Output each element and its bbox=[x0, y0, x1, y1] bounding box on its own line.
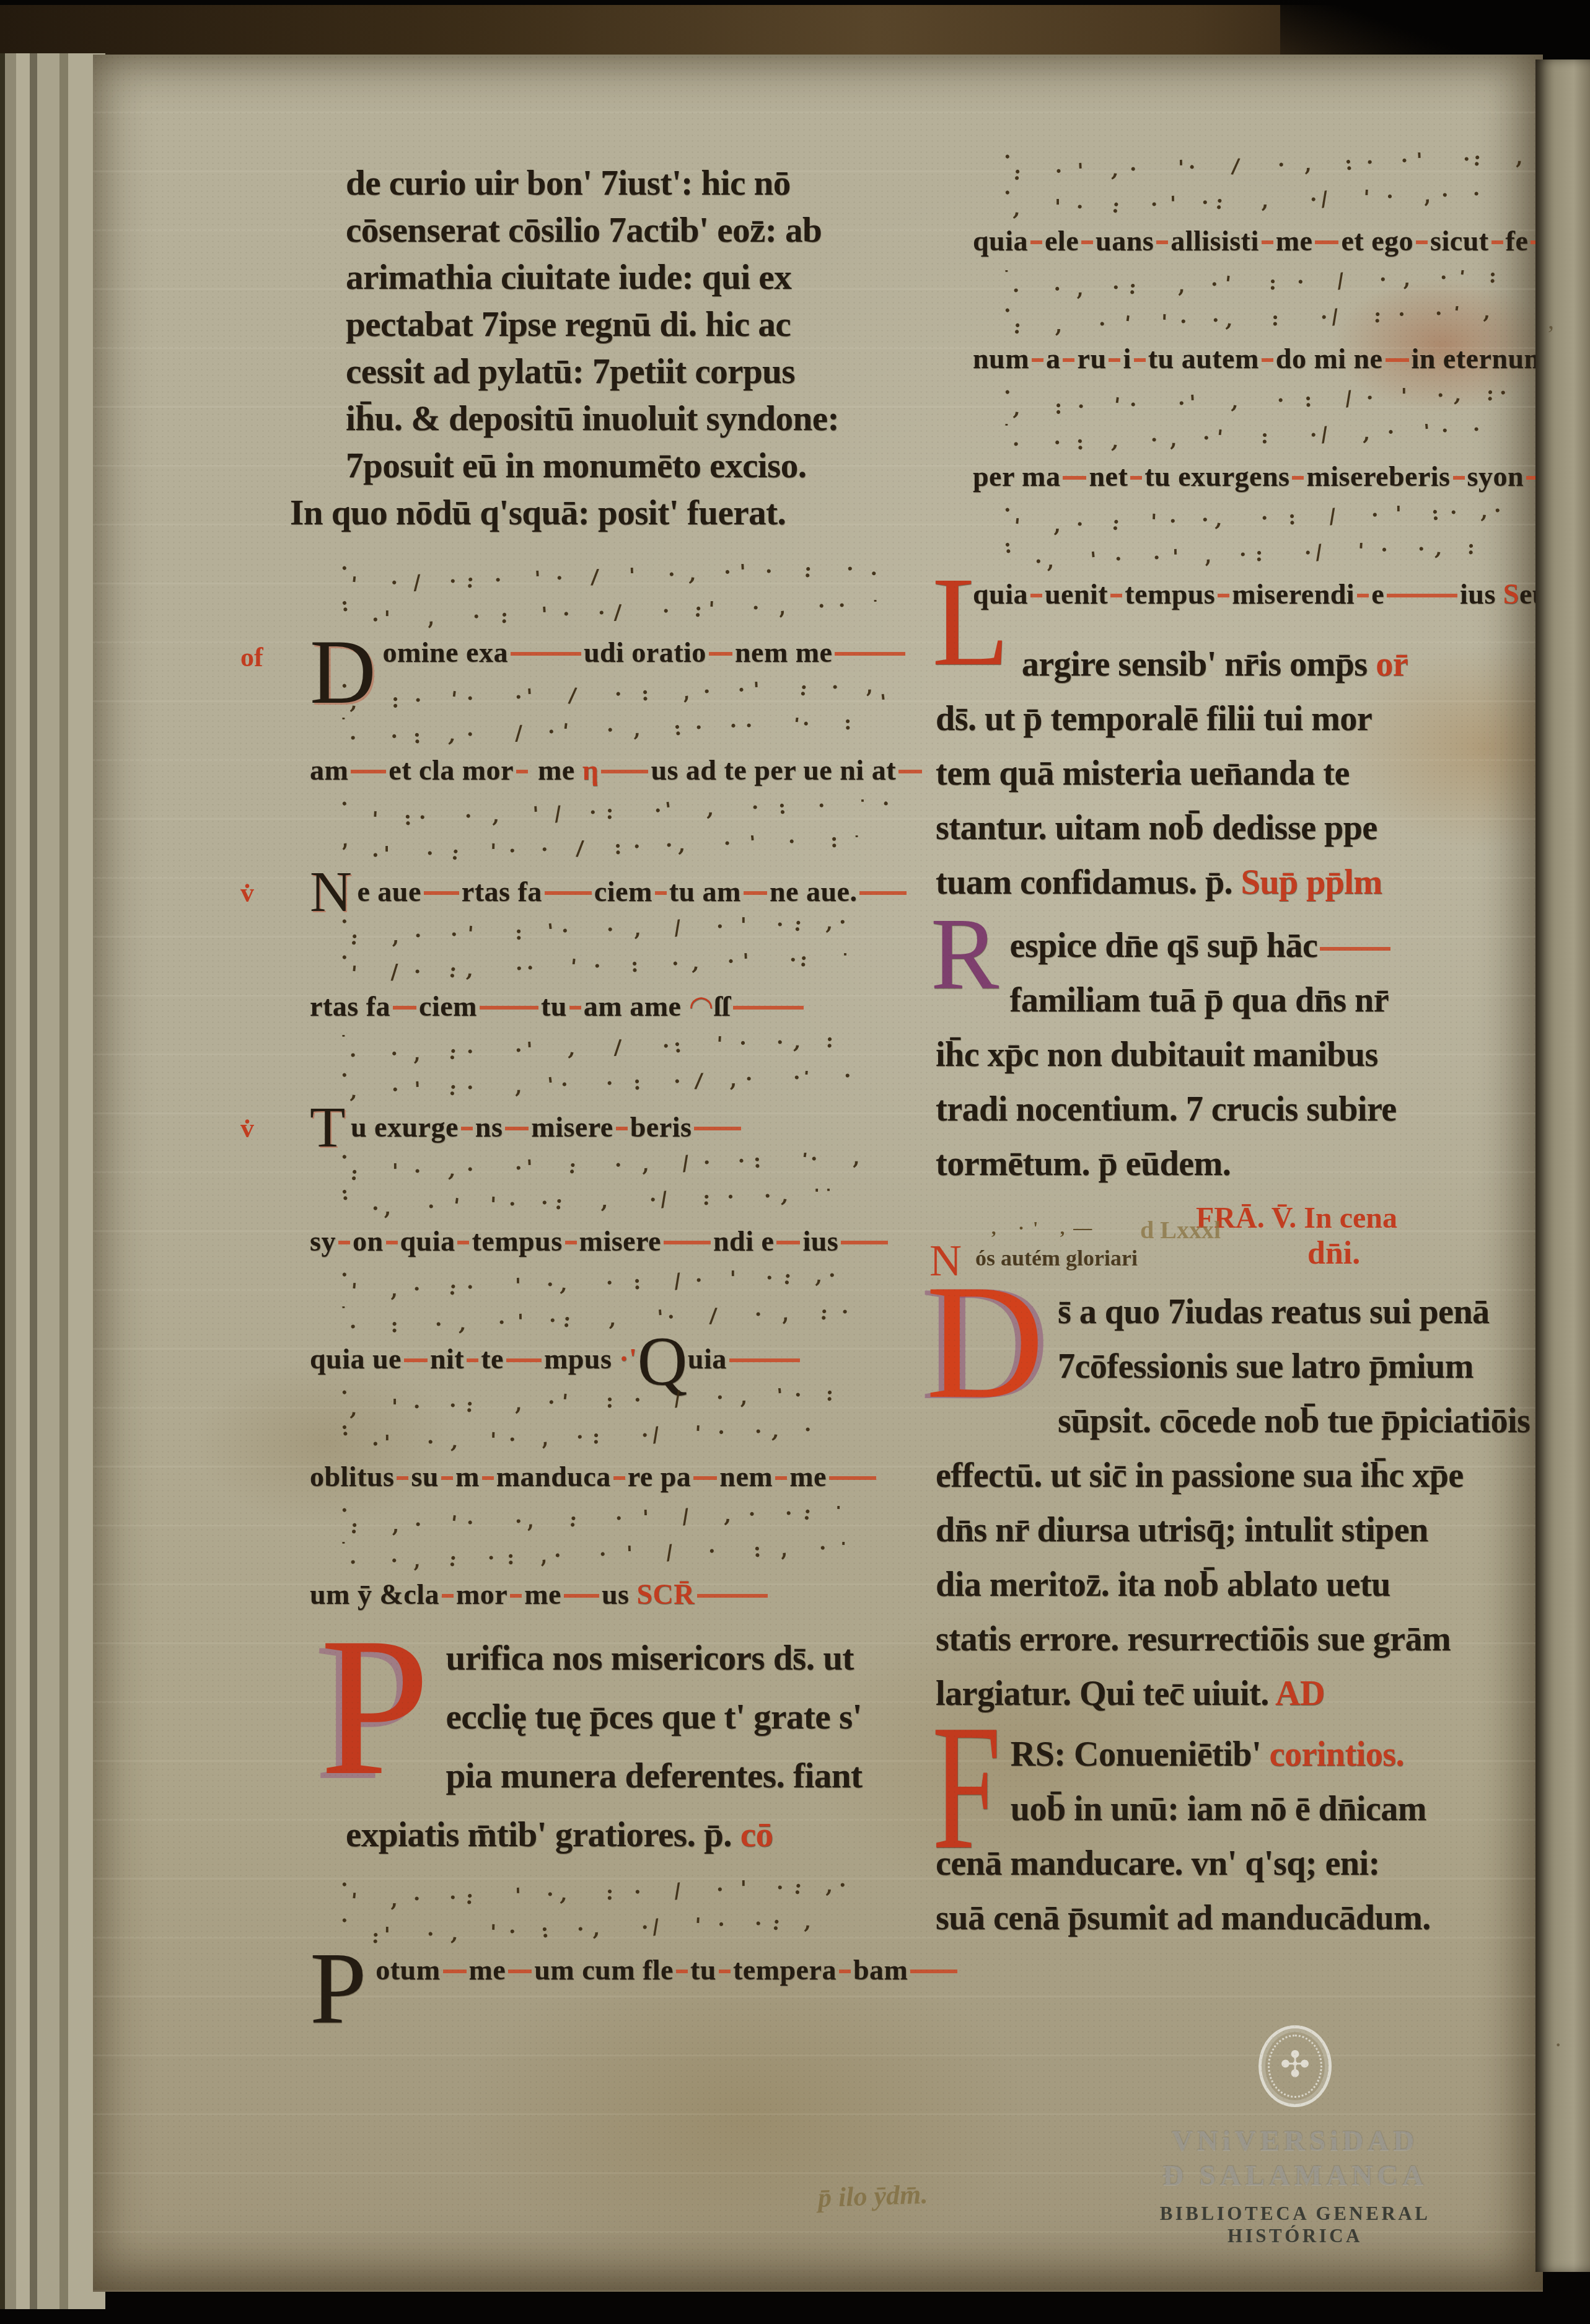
chant-line: ·,'··:,·':·/·,'·::·'·,'·,·:·/'··,·oblitu… bbox=[273, 1388, 1004, 1501]
red-extender-line bbox=[442, 1591, 454, 1598]
neume-row: ·':··,'/·:·',·:·'· bbox=[341, 799, 1004, 835]
neume-row: '··:,·,·':·/,·'·· bbox=[1004, 424, 1531, 460]
feria-rubric: FRĀ. V̄. In cena N , ·' ,— d Lxxxl ós au… bbox=[936, 1201, 1531, 1279]
red-extender-line bbox=[829, 1474, 876, 1480]
prose-line: arimathia ciuitate iude: qui ex bbox=[346, 254, 1004, 301]
neume-row: :·,·''··:,·/:··,'' bbox=[341, 1189, 1004, 1225]
neume-row: ·',·:'··,·:/·':·,· bbox=[1004, 506, 1531, 542]
chant-text: Tu exurgensmisereberis bbox=[310, 1107, 1004, 1148]
faded-inscription: p̄ ilo ȳdm̄. bbox=[817, 2178, 928, 2214]
prayer-line: RS: Conueniētib' corintios. bbox=[936, 1727, 1531, 1782]
neume-row: '··,·:,·':·/·,·': bbox=[1004, 270, 1531, 306]
prayer-line: suā cenā p̄sumit ad manducādum. bbox=[936, 1891, 1531, 1945]
watermark-salamanca: Ð SALAMANCA bbox=[1097, 2159, 1493, 2193]
prayer-line: cenā manducare. vn' q'sq; eni: bbox=[936, 1836, 1531, 1891]
red-extender-line bbox=[1130, 473, 1142, 480]
red-extender-line bbox=[694, 1124, 741, 1130]
neume-row: ·'/·:,··'·:·,·'·:' bbox=[341, 953, 1004, 989]
rubric-text: η bbox=[582, 754, 599, 786]
red-extender-line bbox=[1386, 356, 1409, 362]
neume-row: ·:·',·'·/·,:··'·:, bbox=[1004, 152, 1531, 188]
chant-line: ·,:·'··',·:/·'·,:·'··:,·,·':·/,·'··per m… bbox=[936, 388, 1531, 501]
chant-line: ·',·:'··,·:/·':·,·:·,'··',·:·/'··,:quiau… bbox=[936, 506, 1531, 618]
chant-text: quia uenittempus ·'Quia bbox=[310, 1342, 1004, 1383]
page-stack-left-edges bbox=[0, 53, 105, 2309]
prayer-line: tormētum. p̄ eūdem. bbox=[936, 1137, 1531, 1191]
red-extender-line bbox=[467, 1356, 478, 1362]
rubric-text: SCR̄ bbox=[636, 1578, 695, 1610]
red-extender-line bbox=[351, 767, 386, 773]
chant-text: rtas faciemtuam ame ◠ſſ bbox=[310, 989, 1004, 1030]
chant-line: '··,·:,·':·/·,·':·:,·''··,:·/:··',numaru… bbox=[936, 270, 1531, 383]
folio-reference: d Lxxxl bbox=[1140, 1215, 1221, 1244]
red-extender-line bbox=[601, 767, 648, 773]
red-extender-line bbox=[898, 767, 922, 773]
neume-row: ·,:·'··'/·:,··':·,' bbox=[341, 682, 1004, 718]
red-extender-line bbox=[616, 1124, 628, 1130]
rubric-text: S bbox=[1503, 578, 1519, 610]
chant-text: quiauenittempusmiserendieius Seuouae bbox=[973, 578, 1531, 618]
adjacent-page-edge: ʼ · bbox=[1535, 59, 1590, 2272]
prose-line: 7posuit eū in monumēto exciso. bbox=[346, 442, 1004, 490]
red-extender-line bbox=[510, 1591, 522, 1598]
neume-row: :·'·,'·,·:·/'··,· bbox=[341, 1424, 1004, 1460]
prose-line: de curio uir bon' 7iust': hic nō bbox=[346, 160, 1004, 207]
prayer-line: expiatis m̄tib' gratiores. p̄. cō bbox=[346, 1805, 1004, 1864]
maundy-thursday-collect: Ds̄ a quo 7iudas reatus sui penā7cōfessi… bbox=[936, 1285, 1531, 1721]
gospel-passage: de curio uir bon' 7iust': hic nōcōsenser… bbox=[273, 160, 1004, 537]
red-extender-line bbox=[545, 889, 592, 895]
neume-row: '··:,·/·'·,:···'·: bbox=[341, 718, 1004, 754]
rubric-title-2: dn̄i. bbox=[1307, 1235, 1360, 1272]
red-extender-line bbox=[441, 1474, 453, 1480]
prayer-line: ih̄c xp̄c non dubitauit manibus bbox=[936, 1028, 1531, 1082]
rubric-title: FRĀ. V̄. In cena bbox=[1196, 1201, 1531, 1235]
neume-row: :·',·:'··/·:'·,··' bbox=[341, 600, 1004, 636]
prose-line: cessit ad pylatū: 7petiit corpus bbox=[346, 348, 1004, 395]
prayer-line: tradi nocentium. 7 crucis subire bbox=[936, 1082, 1531, 1137]
neume-row: ·:,··':'··,/·'·:,· bbox=[341, 917, 1004, 953]
prayer-line: espice dn̄e qs̄ sup̄ hāc bbox=[936, 918, 1531, 973]
rubric-text: cō bbox=[740, 1815, 773, 1854]
neume-row: ·:'·,'·:·,·/'··:, bbox=[341, 1916, 1004, 1952]
red-extender-line bbox=[505, 1124, 529, 1130]
rubric-text: ·' bbox=[619, 1343, 637, 1375]
red-extender-line bbox=[1063, 473, 1086, 480]
red-extender-line bbox=[835, 649, 905, 656]
red-extender-line bbox=[1134, 356, 1146, 362]
red-extender-line bbox=[397, 1474, 408, 1480]
rubric-text: Sup̄ pp̄lm bbox=[1241, 863, 1382, 902]
red-extender-line bbox=[424, 889, 459, 895]
prayer-line: dia meritoz̄. ita nob̄ ablato uetu bbox=[936, 1557, 1531, 1612]
red-extender-line bbox=[776, 1238, 800, 1244]
red-extender-line bbox=[461, 1124, 473, 1130]
introit-incipit-row: N , ·' ,— d Lxxxl ós autém gloriari dn̄i… bbox=[936, 1239, 1531, 1279]
prose-line: pectabat 7ipse regnū di. hic ac bbox=[346, 301, 1004, 348]
chant-line: ·:'·,··':·,/··:'·,:·,·''··:,·/:··,''syon… bbox=[273, 1153, 1004, 1265]
prayer-line: statis errore. resurrectiōis sue grām bbox=[936, 1612, 1531, 1666]
red-extender-line bbox=[839, 1967, 851, 1973]
prayer-line: urifica nos misericors ds̄. ut bbox=[346, 1629, 1004, 1688]
chant-line: v̇·':··,'/·:·',·:·'·,·'·:'··/:··,·'·:'Ne… bbox=[273, 799, 1004, 912]
red-extender-line bbox=[613, 1474, 625, 1480]
prose-line: cōsenserat cōsilio 7actib' eoz̄: ab bbox=[346, 207, 1004, 254]
red-extender-line bbox=[1081, 238, 1093, 244]
illuminated-initial: F bbox=[932, 1723, 1001, 1853]
neume-row: ·,'··:,·':·/·,'·: bbox=[341, 1388, 1004, 1424]
red-extender-line bbox=[1262, 356, 1273, 362]
red-extender-line bbox=[729, 1356, 800, 1362]
chant-continuation-lines: ·:·',·'·/·,:··'·:,·,'·:·'·:,·/'·,··quiae… bbox=[936, 152, 1531, 618]
prayer-line: largiatur. Qui tec̄ uiuit. AD bbox=[936, 1666, 1531, 1721]
red-extender-line bbox=[1156, 238, 1168, 244]
neume-row: ,·'·:'··/:··,·'·:' bbox=[341, 835, 1004, 871]
neume-row: ·,·':·,'··:·/,··'· bbox=[341, 1071, 1004, 1107]
red-extender-line bbox=[338, 1238, 350, 1244]
introit-incipit: ós autém gloriari bbox=[975, 1245, 1138, 1271]
prayer-line: dn̄s nr̄ diursa utrisq̄; intulit stipen bbox=[936, 1503, 1531, 1557]
illuminated-initial: R bbox=[931, 921, 999, 988]
prayer-line: pia munera deferentes. fiant bbox=[346, 1746, 1004, 1805]
stray-pen-mark: · bbox=[1554, 2030, 1562, 2059]
red-extender-line bbox=[404, 1356, 428, 1362]
prose-line: In quo nōdū q'squā: posit' fuerat. bbox=[290, 490, 1004, 537]
secreta-prayer: Purifica nos misericors ds̄. utecclię tu… bbox=[273, 1629, 1004, 1864]
red-extender-line bbox=[1063, 356, 1074, 362]
chant-text: amet cla mor me ηus ad te per ue ni at bbox=[310, 754, 1004, 794]
watermark-university: VNiVERSiDAD bbox=[1097, 2124, 1493, 2158]
prayer-line: uob̄ in unū: iam nō ē dn̄icam bbox=[936, 1782, 1531, 1836]
prayer-line: tem quā misteria uen̄anda te bbox=[936, 746, 1531, 801]
red-extender-line bbox=[1110, 591, 1122, 597]
red-extender-line bbox=[859, 889, 907, 895]
red-extender-line bbox=[1292, 473, 1304, 480]
neume-row: ·,'·:·'·:,·/'·,·· bbox=[1004, 188, 1531, 224]
illuminated-initial: P bbox=[320, 1647, 429, 1766]
red-extender-line bbox=[1416, 238, 1428, 244]
neume-row: ·:'·,··':·,/··:'·, bbox=[341, 1153, 1004, 1189]
stray-pen-mark: ʼ bbox=[1547, 320, 1555, 349]
illuminated-initial: P bbox=[310, 1952, 367, 2026]
red-extender-line bbox=[1030, 238, 1042, 244]
illuminated-initial: N bbox=[310, 871, 352, 913]
prayer-line: ecclię tuę p̄ces que t' grate s' bbox=[346, 1688, 1004, 1746]
margin-label: of bbox=[240, 641, 263, 673]
red-extender-line bbox=[506, 1356, 542, 1362]
prayer-line: stantur. uitam nob̄ dedisse ppe bbox=[936, 801, 1531, 855]
tiny-initial: N bbox=[929, 1235, 962, 1287]
rubric-text: AD bbox=[1275, 1675, 1325, 1713]
neume-row: '··,:··',/·:'··,: bbox=[341, 1035, 1004, 1071]
red-extender-line bbox=[1218, 591, 1229, 597]
red-extender-line bbox=[508, 1967, 532, 1973]
chant-text: per manettu exurgensmisereberissyon bbox=[973, 460, 1531, 501]
red-extender-line bbox=[1032, 356, 1043, 362]
red-extender-line bbox=[910, 1967, 957, 1973]
left-text-column: de curio uir bon' 7iust': hic nōcōsenser… bbox=[273, 160, 1004, 1998]
neume-row: ·',··:'·,:·/·'·:,· bbox=[341, 1880, 1004, 1916]
neume-row: ·,:·'··',·:/·'·,:· bbox=[1004, 388, 1531, 424]
red-extender-line bbox=[664, 1238, 711, 1244]
red-extender-line bbox=[709, 649, 732, 656]
chant-line: ·,:·'··'/·:,··':·,''··:,·/·'·,:···'·:ame… bbox=[273, 682, 1004, 794]
margin-label: v̇ bbox=[240, 1112, 254, 1144]
red-extender-line bbox=[386, 1238, 398, 1244]
margin-label: v̇ bbox=[240, 877, 254, 909]
red-extender-line bbox=[393, 1003, 416, 1010]
watermark-library: BIBLIOTECA GENERAL HISTÓRICA bbox=[1097, 2203, 1493, 2247]
red-extender-line bbox=[457, 1238, 469, 1244]
red-extender-line bbox=[775, 1474, 787, 1480]
chant-text: syonquiatempusmiserendi eius bbox=[310, 1225, 1004, 1265]
neume-row: '··,:·:,··'/·:,·' bbox=[341, 1542, 1004, 1578]
red-extender-line bbox=[482, 1474, 494, 1480]
chant-text: Potummeum cum fletutemperabam bbox=[310, 1952, 1004, 1993]
chant-line: of·'·/·:·'·/'·,·'·:·.:·',·:'··/·:'·,··'D… bbox=[273, 564, 1004, 677]
rubric-text: corintios. bbox=[1270, 1735, 1404, 1774]
neume-row: ·:,·''··,:·/:··', bbox=[1004, 306, 1531, 342]
library-watermark: VNiVERSiDAD Ð SALAMANCA BIBLIOTECA GENER… bbox=[1097, 2025, 1493, 2247]
right-text-column: ·:·',·'·/·,:··'·:,·,'·:·'·:,·/'·,··quiae… bbox=[936, 152, 1531, 1945]
red-extender-line bbox=[565, 1238, 577, 1244]
communio-chant: ·',··:'·,:·/·'·:,··:'·,'·:·,·/'··:,Potum… bbox=[273, 1880, 1004, 1993]
red-extender-line bbox=[733, 1003, 804, 1010]
red-extender-line bbox=[511, 649, 581, 656]
red-extender-line bbox=[744, 889, 767, 895]
red-extender-line bbox=[1030, 591, 1042, 597]
red-extender-line bbox=[655, 889, 667, 895]
chant-text: quiaeleuansallisistimeet egosicutfe bbox=[973, 224, 1531, 265]
oratio-prayer: Largire sensib' nr̄is omp̄s or̄ds̄. ut p… bbox=[936, 637, 1531, 910]
rubric-text: ◠ bbox=[688, 990, 714, 1022]
red-extender-line bbox=[564, 1591, 599, 1598]
red-extender-line bbox=[719, 1967, 731, 1973]
red-extender-line bbox=[1357, 591, 1369, 597]
neume-row: :·,'··',·:·/'··,: bbox=[1004, 542, 1531, 578]
offertory-chant-lines: of·'·/·:·'·/'·,·'·:·.:·',·:'··/·:'·,··'D… bbox=[273, 564, 1004, 1619]
prayer-line: argire sensib' nr̄is omp̄s or̄ bbox=[936, 637, 1531, 692]
chant-line: v̇'··,:··',/·:'··,:·,·':·,'··:·/,··'·Tu … bbox=[273, 1035, 1004, 1148]
tiny-neumes: , ·' ,— bbox=[991, 1218, 1100, 1239]
university-seal-icon bbox=[1258, 2025, 1332, 2107]
epistle-reading: FRS: Conueniētib' corintios.uob̄ in unū:… bbox=[936, 1727, 1531, 1945]
rubric-text: or̄ bbox=[1376, 645, 1408, 684]
prayer-line: effectū. ut sic̄ in passione sua ih̄c xp… bbox=[936, 1448, 1531, 1503]
red-extender-line bbox=[1315, 238, 1338, 244]
red-extender-line bbox=[480, 1003, 538, 1010]
red-extender-line bbox=[443, 1967, 467, 1973]
illuminated-initial: T bbox=[310, 1107, 346, 1149]
neume-row: ·',·:·'·,·:/·'·:,· bbox=[341, 1270, 1004, 1306]
chant-text: oblitussummanducare panemme bbox=[310, 1460, 1004, 1501]
red-extender-line bbox=[1262, 238, 1273, 244]
chant-line: ·:,··':'··,/·'·:,··'/·:,··'·:·,·'·:'rtas… bbox=[273, 917, 1004, 1030]
chant-text: Ne auertas faciemtu amne aue. bbox=[310, 871, 1004, 912]
chant-line: ·',·:·'·,·:/·'·:,·'·:·,·'·:,'·/·,:·quia … bbox=[273, 1270, 1004, 1383]
chant-line: ·:,·'··,:·'/,··:''··,:·:,··'/·:,·'um ȳ &… bbox=[273, 1506, 1004, 1619]
manuscript-page: de curio uir bon' 7iust': hic nōcōsenser… bbox=[93, 55, 1543, 2292]
red-extender-line bbox=[697, 1591, 768, 1598]
red-extender-line bbox=[676, 1967, 688, 1973]
chant-line: ·:·',·'·/·,:··'·:,·,'·:·'·:,·/'·,··quiae… bbox=[936, 152, 1531, 265]
super-populum-prayer: Respice dn̄e qs̄ sup̄ hācfamiliam tuā p̄… bbox=[936, 918, 1531, 1191]
chant-text: numaruitu autemdo mi nein eternum bbox=[973, 342, 1531, 383]
red-extender-line bbox=[693, 1474, 717, 1480]
red-extender-line bbox=[1320, 944, 1390, 951]
red-extender-line bbox=[1109, 356, 1120, 362]
prayer-line: tuam confidamus. p̄. Sup̄ pp̄lm bbox=[936, 855, 1531, 910]
neume-row: ·:,·'··,:·'/,··:' bbox=[341, 1506, 1004, 1542]
red-extender-line bbox=[1453, 473, 1465, 480]
prayer-line: familiam tuā p̄ qua dn̄s nr̄ bbox=[936, 973, 1531, 1028]
chant-text: um ȳ &clamormeus SCR̄ bbox=[310, 1578, 1004, 1619]
chant-text: Domine exaudi orationem me bbox=[310, 636, 1004, 677]
red-extender-line bbox=[841, 1238, 888, 1244]
red-extender-line bbox=[516, 767, 528, 773]
red-extender-line bbox=[1491, 238, 1503, 244]
red-extender-line bbox=[1387, 591, 1457, 597]
manuscript-photo: de curio uir bon' 7iust': hic nōcōsenser… bbox=[0, 0, 1590, 2324]
neume-row: ·'·/·:·'·/'·,·'·:·. bbox=[341, 564, 1004, 600]
chant-line: ·',··:'·,:·/·'·:,··:'·,'·:·,·/'··:,Potum… bbox=[273, 1880, 1004, 1993]
illuminated-initial: D bbox=[926, 1288, 1044, 1397]
prayer-line: ds̄. ut p̄ temporalē filii tui mor bbox=[936, 692, 1531, 746]
red-extender-line bbox=[569, 1003, 581, 1010]
prose-line: ih̄u. & depositū inuoluit syndone: bbox=[346, 395, 1004, 442]
